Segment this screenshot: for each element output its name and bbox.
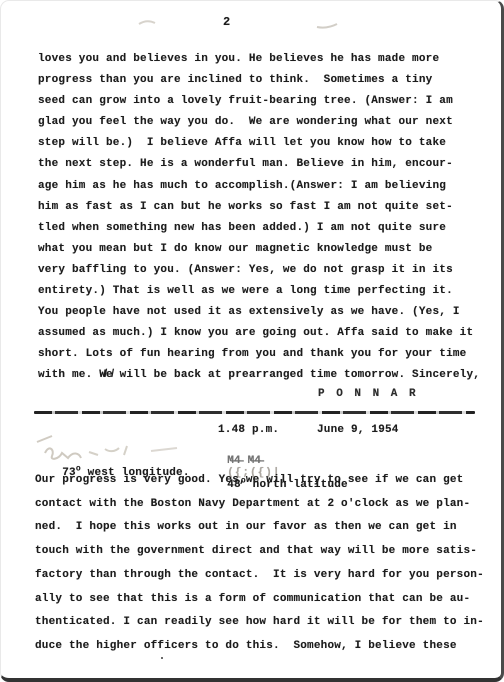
letter-line: factory than through the contact. It is …: [35, 564, 485, 588]
session-date: June 9, 1954: [317, 424, 399, 436]
letter-line: ned. I hope this works out in our favor …: [35, 516, 485, 540]
session-time: 1.48 p.m.: [218, 424, 279, 436]
letter-line: entirety.) That is well as we were a lon…: [38, 281, 482, 302]
letter-line: duce the higher officers to do this. Som…: [35, 635, 485, 659]
letter-line: step will be.) I believe Affa will let y…: [38, 133, 482, 154]
letter-line: seed can grow into a lovely fruit-bearin…: [38, 91, 482, 112]
letter-line: assumed as much.) I know you are going o…: [38, 323, 482, 344]
letter-line: short. Lots of fun hearing from you and …: [38, 344, 482, 365]
struck-out-text: M̶4̶ M̶4̶: [227, 455, 261, 467]
letter-line: age him as he has much to accomplish.(An…: [38, 176, 482, 197]
letter-line: very baffling to you. (Answer: Yes, we d…: [38, 260, 482, 281]
letter-line: loves you and believes in you. He believ…: [38, 49, 482, 70]
letter-line: tled when something new has been added.)…: [38, 218, 482, 239]
letter-line: thenticated. I can readily see how hard …: [35, 611, 485, 635]
letter-line: contact with the Boston Navy Department …: [35, 493, 485, 517]
letter-line: You people have not used it as extensive…: [38, 302, 482, 323]
letter-line: Our progress is very good. Yes,we will t…: [35, 469, 485, 493]
typed-dash-divider: [34, 411, 475, 414]
letter-line: with me. W̸e̸ will be back at prearrange…: [38, 365, 482, 386]
scanned-letter-page: 2 loves you and believes in you. He beli…: [0, 0, 504, 682]
signature-ponnar: P O N N A R: [318, 388, 418, 400]
letter-line: what you mean but I do know our magnetic…: [38, 239, 482, 260]
session-body-paragraph: Our progress is very good. Yes,we will t…: [35, 469, 485, 659]
letter-line: the next step. He is a wonderful man. Be…: [38, 154, 482, 175]
letter-body-paragraph: loves you and believes in you. He believ…: [38, 49, 482, 387]
letter-line: glad you feel the way you do. We are won…: [38, 112, 482, 133]
letter-line: ally to see that this is a form of commu…: [35, 588, 485, 612]
page-number: 2: [223, 15, 230, 29]
letter-line: touch with the government direct and tha…: [35, 540, 485, 564]
letter-line: him as fast as I can but he works so fas…: [38, 197, 482, 218]
letter-line: progress than you are inclined to think.…: [38, 70, 482, 91]
ink-speck: [161, 657, 163, 659]
